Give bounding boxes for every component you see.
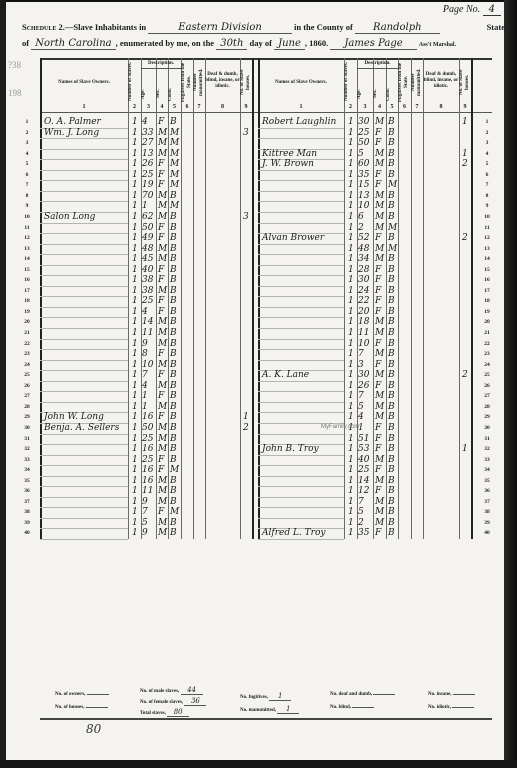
slave-count: 1: [348, 254, 354, 265]
sex: M: [375, 191, 384, 202]
margin-note: ?38: [8, 60, 21, 70]
slave-count: 1: [348, 339, 354, 350]
footer-deaf: No. deaf and dumb,: [330, 692, 395, 697]
header-text: Ass't Marshal.: [419, 42, 456, 48]
age: 2: [358, 518, 364, 529]
slave-count: 1: [348, 265, 354, 276]
column-header-houses: No. of Slave houses.: [240, 62, 252, 102]
sex: F: [375, 381, 381, 392]
sex: F: [375, 360, 381, 371]
sex: F: [375, 434, 381, 445]
color: B: [388, 349, 395, 360]
sex: F: [375, 128, 381, 139]
slave-count: 1: [348, 191, 354, 202]
slave-count: 1: [348, 381, 354, 392]
slave-count: 1: [348, 296, 354, 307]
header-line-2: of North Carolina, enumerated by me, on …: [22, 38, 505, 49]
color: B: [388, 497, 395, 508]
column-number: 8: [205, 104, 240, 110]
column-header-fugitives: Fugitives from the State.: [398, 62, 411, 102]
column-number: 4: [373, 104, 386, 110]
division-field: Eastern Division: [148, 22, 292, 34]
slave-count: 1: [348, 307, 354, 318]
column-header-deaf: Deaf & dumb, blind, insane, or idiotic.: [423, 72, 459, 96]
color: B: [388, 117, 395, 128]
footer-blind: No. blind,: [330, 705, 374, 710]
color: B: [388, 391, 395, 402]
color: B: [388, 265, 395, 276]
color: B: [388, 201, 395, 212]
color: B: [388, 465, 395, 476]
color: B: [388, 486, 395, 497]
color: B: [388, 275, 395, 286]
color: B: [388, 328, 395, 339]
sex: M: [375, 117, 384, 128]
slave-count: 1: [348, 317, 354, 328]
age: 11: [358, 328, 369, 339]
footer-label: No. fugitives,: [240, 695, 268, 700]
slave-count: 1: [348, 486, 354, 497]
header-text: day of: [250, 38, 272, 48]
color: B: [388, 434, 395, 445]
color: B: [388, 212, 395, 223]
slave-count: 1: [348, 465, 354, 476]
column-number: 7: [411, 104, 423, 110]
footer-label: No. blind,: [330, 705, 351, 710]
table-row: 135FB: [0, 170, 517, 181]
header-text: in the County of: [294, 22, 353, 32]
bottom-note: 80: [86, 722, 101, 736]
age: 53: [358, 444, 369, 455]
sex: M: [375, 244, 384, 255]
table-row: 130FB: [0, 275, 517, 286]
description-rule: [357, 68, 398, 69]
age: 10: [358, 201, 369, 212]
age: 14: [358, 476, 369, 487]
age: 22: [358, 296, 369, 307]
table-row: 110MB: [0, 201, 517, 212]
column-header-manumitted: Number manumitted.: [411, 62, 423, 102]
footer-value: [87, 694, 109, 695]
footer-manumitted: No. manumitted, 1: [240, 705, 299, 714]
table-row: 110FB: [0, 339, 517, 350]
column-number: 1: [40, 104, 128, 110]
footer-value: 36: [184, 697, 206, 706]
footer-value: 1: [269, 692, 291, 701]
slave-count: 1: [348, 507, 354, 518]
color: M: [388, 180, 397, 191]
age: 34: [358, 254, 369, 265]
row-rule: [40, 539, 128, 540]
footer-male: No. of male slaves, 44: [140, 686, 203, 695]
sex: M: [375, 455, 384, 466]
age: 15: [358, 180, 369, 191]
age: 5: [358, 507, 364, 518]
marshal-field: James Page: [330, 38, 416, 50]
column-number: 2: [128, 104, 141, 110]
age: 7: [358, 391, 364, 402]
slave-count: 1: [348, 518, 354, 529]
sex: M: [375, 254, 384, 265]
slave-count: 1: [348, 360, 354, 371]
color: B: [388, 233, 395, 244]
table-row: 17MB: [0, 391, 517, 402]
slave-houses: 2: [462, 233, 468, 244]
table-row: 15MB: [0, 507, 517, 518]
page-label: Page No.: [443, 4, 480, 15]
header-text: of: [22, 38, 29, 48]
header-text: , enumerated by me, on the: [116, 38, 214, 48]
table-row: 17MB: [0, 497, 517, 508]
footer-value: [86, 707, 108, 708]
table-row: 120FB: [0, 307, 517, 318]
table-row: 11FB: [0, 423, 517, 434]
age: 20: [358, 307, 369, 318]
table-row: 126FB: [0, 381, 517, 392]
table-row: 122FB: [0, 296, 517, 307]
table-row: John B. Troy153FB1: [0, 444, 517, 455]
table-row: 134MB: [0, 254, 517, 265]
slave-count: 1: [348, 149, 354, 160]
header-text: —Slave Inhabitants in: [65, 22, 146, 32]
slave-houses: 2: [462, 370, 468, 381]
footer-value: [453, 694, 475, 695]
age: 2: [358, 223, 364, 234]
color: B: [388, 307, 395, 318]
column-number: 9: [459, 104, 471, 110]
owner-name: Kittree Man: [262, 149, 317, 160]
county-field: Randolph: [355, 22, 440, 34]
column-header-description: Description.: [141, 61, 181, 67]
column-number: 6: [181, 104, 193, 110]
footer-label: No. manumitted,: [240, 708, 276, 713]
age: 5: [358, 402, 364, 413]
age: 25: [358, 128, 369, 139]
age: 30: [358, 370, 369, 381]
column-number: 7: [193, 104, 205, 110]
footer-label: No. of owners,: [55, 692, 86, 697]
column-header-manumitted: Number manumitted.: [193, 62, 205, 102]
color: B: [388, 159, 395, 170]
age: 12: [358, 486, 369, 497]
table-row: Kittree Man15MB1: [0, 149, 517, 160]
column-header-fugitives: Fugitives from the State.: [181, 62, 193, 102]
slave-count: 1: [348, 159, 354, 170]
sex: M: [375, 149, 384, 160]
color: B: [388, 370, 395, 381]
sex: M: [375, 328, 384, 339]
column-header-names: Names of Slave Owners.: [258, 80, 344, 88]
slave-count: 1: [348, 444, 354, 455]
slave-count: 1: [348, 223, 354, 234]
footer-label: No. of female slaves,: [140, 700, 183, 705]
slave-count: 1: [348, 455, 354, 466]
column-header-names: Names of Slave Owners.: [40, 80, 128, 88]
column-header-age: Age.: [141, 84, 156, 104]
color: B: [388, 444, 395, 455]
table-row: J. W. Brown160MB2: [0, 159, 517, 170]
state-field: North Carolina: [31, 38, 115, 50]
table-row: 112FB: [0, 486, 517, 497]
slave-count: 1: [348, 170, 354, 181]
footer-insane: No. insane,: [428, 692, 475, 697]
table-row: 128FB: [0, 265, 517, 276]
slave-count: 1: [348, 212, 354, 223]
sex: M: [375, 223, 384, 234]
table-row: 17MB: [0, 349, 517, 360]
color: B: [388, 476, 395, 487]
color: B: [388, 455, 395, 466]
owner-name: Alvan Brower: [262, 233, 324, 244]
sex: F: [375, 528, 381, 539]
color: B: [388, 128, 395, 139]
footer-value: [373, 694, 395, 695]
age: 18: [358, 317, 369, 328]
row-rule: [258, 539, 344, 540]
column-header-color: Color.: [386, 84, 398, 104]
page-number-value: 4: [483, 4, 501, 16]
column-number: 5: [386, 104, 398, 110]
sex: M: [375, 476, 384, 487]
footer-label: No. deaf and dumb,: [330, 692, 372, 697]
sex: F: [375, 138, 381, 149]
page-bottom-edge: [0, 760, 517, 768]
footer-value: 1: [277, 705, 299, 714]
sex: F: [375, 465, 381, 476]
age: 5: [358, 149, 364, 160]
slave-count: 1: [348, 233, 354, 244]
table-row: 16MB: [0, 212, 517, 223]
column-number: 8: [423, 104, 459, 110]
color: B: [388, 339, 395, 350]
color: M: [388, 244, 397, 255]
age: 24: [358, 286, 369, 297]
slave-count: 1: [348, 275, 354, 286]
footer-label: No. of male slaves,: [140, 689, 179, 694]
month-field: June: [274, 38, 305, 50]
color: B: [388, 360, 395, 371]
slave-houses: 1: [462, 117, 468, 128]
age: 10: [358, 339, 369, 350]
age: 52: [358, 233, 369, 244]
color: B: [388, 296, 395, 307]
column-header-sex: Sex.: [373, 84, 386, 104]
age: 7: [358, 349, 364, 360]
table-row: 12MB: [0, 518, 517, 529]
table-row: 148MM: [0, 244, 517, 255]
owner-name: A. K. Lane: [262, 370, 309, 381]
column-number: 2: [344, 104, 357, 110]
color: B: [388, 381, 395, 392]
color: B: [388, 149, 395, 160]
color: B: [388, 138, 395, 149]
footer-label: No. idiotic,: [428, 705, 451, 710]
color: B: [388, 412, 395, 423]
age: 13: [358, 191, 369, 202]
color: B: [388, 286, 395, 297]
table-row: 14MB: [0, 412, 517, 423]
slave-count: 1: [348, 391, 354, 402]
sex: M: [375, 349, 384, 360]
sex: F: [375, 486, 381, 497]
table-row: 113MB: [0, 191, 517, 202]
footer-owners: No. of owners,: [55, 692, 109, 697]
sex: M: [375, 391, 384, 402]
slave-count: 1: [348, 528, 354, 539]
slave-houses: 1: [462, 444, 468, 455]
watermark: MyFamily.com: [321, 424, 359, 430]
column-header-age: Age.: [357, 84, 373, 104]
age: 30: [358, 117, 369, 128]
slave-count: 1: [348, 370, 354, 381]
column-header-count: Number of Slaves.: [344, 62, 357, 102]
sex: F: [375, 307, 381, 318]
sex: M: [375, 518, 384, 529]
age: 35: [358, 528, 369, 539]
sex: F: [375, 275, 381, 286]
age: 50: [358, 138, 369, 149]
owner-name: Robert Laughlin: [262, 117, 336, 128]
column-header-houses: No. of Slave houses.: [459, 62, 471, 102]
table-row: 115FM: [0, 180, 517, 191]
table-row: 150FB: [0, 138, 517, 149]
slave-count: 1: [348, 138, 354, 149]
header-line-1: Schedule 2.—Slave Inhabitants in Eastern…: [22, 22, 505, 33]
footer-rule: [40, 718, 492, 720]
slave-count: 1: [348, 117, 354, 128]
column-number: 3: [357, 104, 373, 110]
table-top-rule: [40, 58, 492, 60]
color: B: [388, 423, 395, 434]
footer-value: 44: [181, 686, 203, 695]
header-text: State: [487, 22, 505, 32]
table-row: A. K. Lane130MB2: [0, 370, 517, 381]
color: B: [388, 317, 395, 328]
footer-label: No. of houses,: [55, 705, 84, 710]
age: 6: [358, 212, 364, 223]
sex: F: [375, 444, 381, 455]
sex: M: [375, 159, 384, 170]
sex: M: [375, 402, 384, 413]
page-number: Page No. 4: [443, 4, 501, 15]
slave-count: 1: [348, 497, 354, 508]
column-number: 5: [168, 104, 181, 110]
column-header-color: Color.: [168, 84, 181, 104]
age: 26: [358, 381, 369, 392]
sex: M: [375, 370, 384, 381]
sex: F: [375, 233, 381, 244]
color: B: [388, 507, 395, 518]
column-header-count: Number of Slaves.: [128, 62, 141, 102]
slave-count: 1: [348, 244, 354, 255]
age: 7: [358, 497, 364, 508]
table-row: 151FB: [0, 434, 517, 445]
age: 3: [358, 360, 364, 371]
table-row: Alfred L. Troy135FB: [0, 528, 517, 539]
sex: F: [375, 180, 381, 191]
header-text: , 1860.: [305, 38, 328, 48]
header-rule: [40, 112, 492, 113]
footer-value: [352, 707, 374, 708]
table-row: 15MB: [0, 402, 517, 413]
schedule-title: Schedule 2.: [22, 22, 65, 32]
table-row: 125FB: [0, 128, 517, 139]
column-number: 9: [240, 104, 252, 110]
slave-count: 1: [348, 128, 354, 139]
age: 28: [358, 265, 369, 276]
slave-count: 1: [348, 476, 354, 487]
sex: F: [375, 339, 381, 350]
footer-label: No. insane,: [428, 692, 451, 697]
table-row: 140MB: [0, 455, 517, 466]
table-row: 114MB: [0, 476, 517, 487]
column-number: 3: [141, 104, 156, 110]
owner-name: J. W. Brown: [262, 159, 314, 170]
slave-count: 1: [348, 201, 354, 212]
sex: F: [375, 265, 381, 276]
table-row: Alvan Brower152FB2: [0, 233, 517, 244]
column-header-description: Description.: [357, 61, 398, 67]
age: 48: [358, 244, 369, 255]
sex: M: [375, 412, 384, 423]
sex: F: [375, 170, 381, 181]
footer-houses: No. of houses,: [55, 705, 108, 710]
footer-value: [452, 707, 474, 708]
color: B: [388, 170, 395, 181]
sex: F: [375, 296, 381, 307]
footer-idiotic: No. idiotic,: [428, 705, 474, 710]
sex: F: [375, 423, 381, 434]
table-row: 13FB: [0, 360, 517, 371]
sex: M: [375, 212, 384, 223]
color: B: [388, 191, 395, 202]
age: 40: [358, 455, 369, 466]
column-number: 4: [156, 104, 168, 110]
table-row: 125FB: [0, 465, 517, 476]
table-row: 12MM: [0, 223, 517, 234]
margin-note: 198: [8, 88, 22, 98]
slave-count: 1: [348, 402, 354, 413]
owner-name: John B. Troy: [262, 444, 319, 455]
age: 30: [358, 275, 369, 286]
column-number: 6: [398, 104, 411, 110]
column-number: 1: [258, 104, 344, 110]
footer-value: 80: [167, 708, 189, 717]
age: 51: [358, 434, 369, 445]
age: 25: [358, 465, 369, 476]
sex: M: [375, 317, 384, 328]
slave-count: 1: [348, 349, 354, 360]
age: 35: [358, 170, 369, 181]
color: M: [388, 223, 397, 234]
sex: F: [375, 286, 381, 297]
column-header-sex: Sex.: [156, 84, 168, 104]
age: 60: [358, 159, 369, 170]
sex: M: [375, 507, 384, 518]
slave-count: 1: [348, 434, 354, 445]
description-rule: [141, 68, 181, 69]
table-row: 124FB: [0, 286, 517, 297]
slave-count: 1: [348, 286, 354, 297]
color: B: [388, 254, 395, 265]
sex: M: [375, 497, 384, 508]
day-field: 30th: [216, 38, 247, 50]
slave-count: 1: [348, 412, 354, 423]
table-row: 111MB: [0, 328, 517, 339]
slave-houses: 1: [462, 149, 468, 160]
column-header-deaf: Deaf & dumb, blind, insane, or idiotic.: [205, 72, 240, 96]
footer-total: Total slaves, 80: [140, 708, 189, 717]
